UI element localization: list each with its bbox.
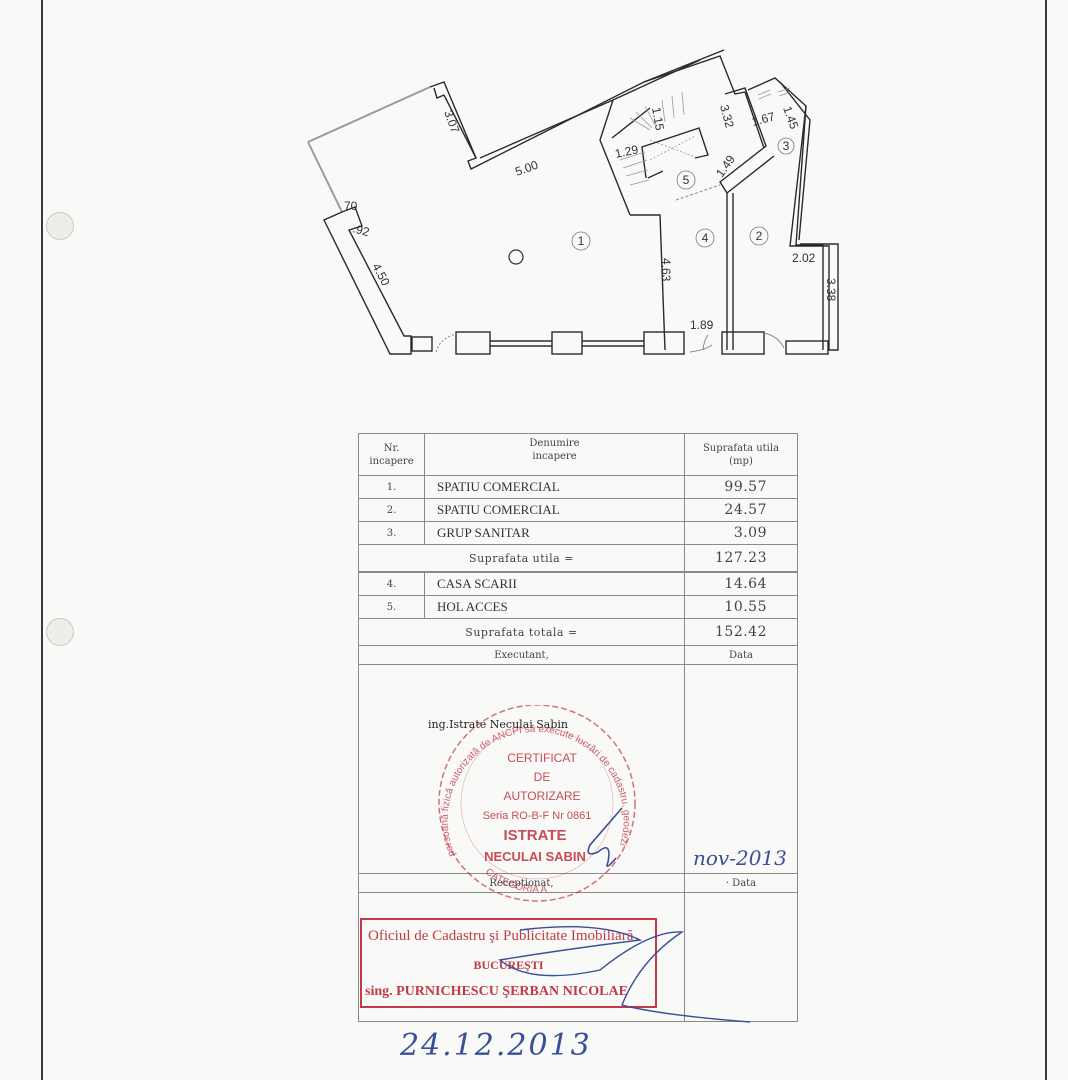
page-edge-line-left <box>41 0 43 1080</box>
room-name: SPATIU COMERCIAL <box>425 476 685 499</box>
grand-total-label: Suprafata totala = <box>359 619 685 646</box>
room-area: 14.64 <box>685 572 798 596</box>
table-row: 5. HOL ACCES 10.55 <box>359 596 798 619</box>
header-nr: Nr.incapere <box>359 434 425 476</box>
reception-handwritten-date: 24.12.2013 <box>400 1028 592 1063</box>
room-nr: 4. <box>359 572 425 596</box>
authorization-stamp: persoană fizică autorizată de ANCPI să e… <box>425 705 645 905</box>
useful-total-row: Suprafata utila = 127.23 <box>359 545 798 573</box>
table-row: 1. SPATIU COMERCIAL 99.57 <box>359 476 798 499</box>
useful-total-label: Suprafata utila = <box>359 545 685 573</box>
stamp-line-4: Seria RO-B-F Nr 0861 <box>483 810 592 822</box>
ocpi-stamp-line-3: sing. PURNICHESCU ŞERBAN NICOLAE <box>365 984 628 1000</box>
dimension-label: 3.32 <box>717 103 737 129</box>
room-area: 3.09 <box>685 522 798 545</box>
table-row: 2. SPATIU COMERCIAL 24.57 <box>359 499 798 522</box>
room-area: 99.57 <box>685 476 798 499</box>
room-name: HOL ACCES <box>425 596 685 619</box>
dimension-label: 1.89 <box>690 318 714 332</box>
table-row: 3. GRUP SANITAR 3.09 <box>359 522 798 545</box>
room-nr: 2. <box>359 499 425 522</box>
floor-plan: 1 2 3 4 5 3.07 5.00 70 .92 4.50 4.63 1.1… <box>300 40 860 370</box>
dimension-label: 2.02 <box>792 251 816 265</box>
page-edge-line-right <box>1045 0 1047 1080</box>
table-row: 4. CASA SCARII 14.64 <box>359 572 798 596</box>
dimension-label: 3.07 <box>441 108 462 135</box>
room-marker-3: 3 <box>783 139 790 153</box>
room-nr: 5. <box>359 596 425 619</box>
reception-date-label: · Data <box>685 874 798 893</box>
grand-total-value: 152.42 <box>685 619 798 646</box>
executant-header-row: Executant, Data <box>359 646 798 665</box>
stamp-line-1: CERTIFICAT <box>507 751 577 765</box>
room-nr: 1. <box>359 476 425 499</box>
dimension-label: 5.00 <box>513 158 540 179</box>
ocpi-stamp-line-1: Oficiul de Cadastru şi Publicitate Imobi… <box>368 928 633 945</box>
executant-label: Executant, <box>359 646 685 665</box>
header-area: Suprafata utila(mp) <box>685 434 798 476</box>
room-marker-5: 5 <box>683 173 690 187</box>
stamp-line-6: NECULAI SABIN <box>484 849 586 864</box>
room-name: CASA SCARII <box>425 572 685 596</box>
room-marker-2: 2 <box>756 229 763 243</box>
stamp-line-2: DE <box>534 770 551 784</box>
room-area: 10.55 <box>685 596 798 619</box>
dimension-label: 70 <box>344 199 358 213</box>
room-area: 24.57 <box>685 499 798 522</box>
grand-total-row: Suprafata totala = 152.42 <box>359 619 798 646</box>
dimension-label: 3.38 <box>824 278 838 302</box>
reception-date-cell <box>685 893 798 1022</box>
executant-date-label: Data <box>685 646 798 665</box>
stamp-line-3: AUTORIZARE <box>503 789 580 803</box>
punch-hole-bottom <box>46 618 74 646</box>
room-marker-1: 1 <box>578 234 585 248</box>
ocpi-stamp-line-2: BUCUREŞTI <box>362 958 655 973</box>
dimension-label: 1.49 <box>713 152 738 179</box>
dimension-label: 1.45 <box>780 104 801 131</box>
dimension-label: .92 <box>351 221 371 239</box>
header-name: Denumireincapere <box>425 434 685 476</box>
punch-hole-top <box>46 212 74 240</box>
room-name: SPATIU COMERCIAL <box>425 499 685 522</box>
room-name: GRUP SANITAR <box>425 522 685 545</box>
table-header-row: Nr.incapere Denumireincapere Suprafata u… <box>359 434 798 476</box>
executant-handwritten-date: nov-2013 <box>693 846 787 870</box>
dimension-label: 4.63 <box>659 258 673 282</box>
executant-date-cell <box>685 665 798 874</box>
stamp-line-5: ISTRATE <box>503 827 566 844</box>
useful-total-value: 127.23 <box>685 545 798 573</box>
room-nr: 3. <box>359 522 425 545</box>
room-marker-4: 4 <box>702 231 709 245</box>
dimension-label: 1.29 <box>614 142 640 161</box>
ocpi-stamp: Oficiul de Cadastru şi Publicitate Imobi… <box>360 918 657 1008</box>
